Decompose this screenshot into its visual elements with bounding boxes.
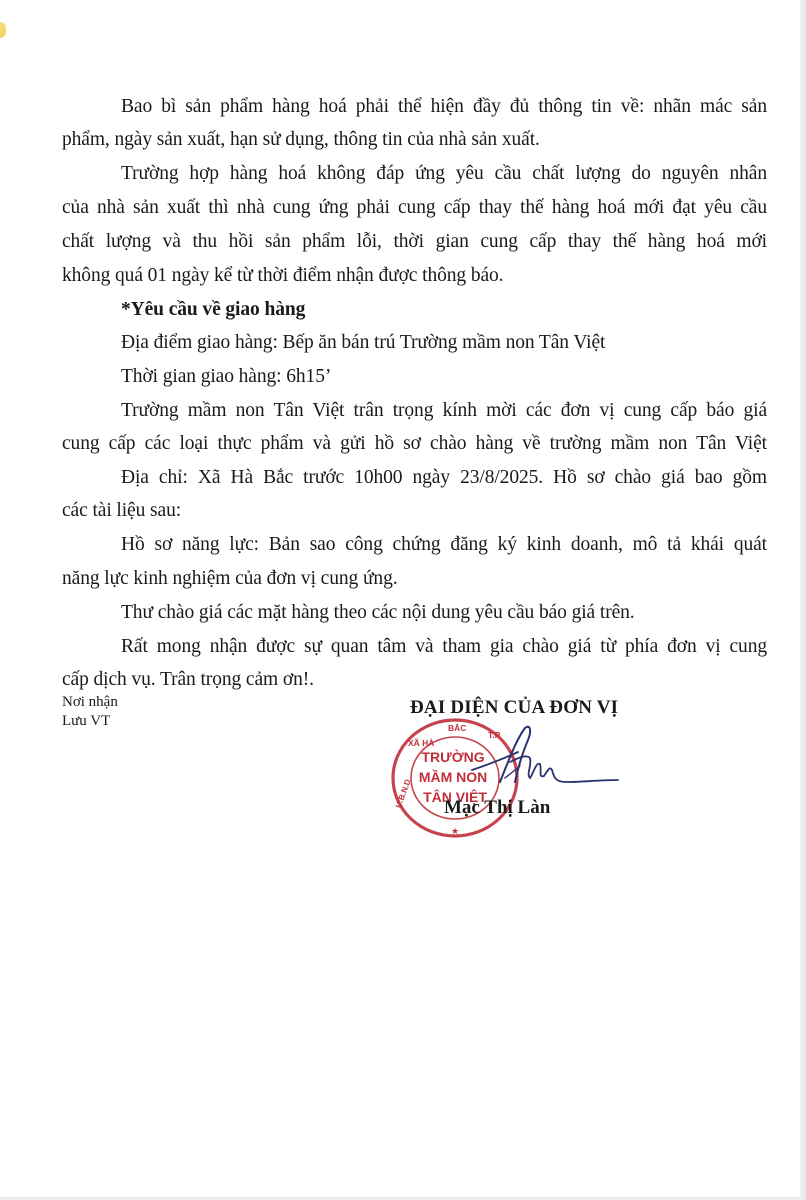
paragraph-packaging-line-2: phẩm, ngày sản xuất, hạn sử dụng, thông … (62, 127, 540, 153)
recipient-item: Lưu VT (62, 712, 118, 731)
paragraph-quality-line-4: không quá 01 ngày kể từ thời điểm nhận đ… (62, 263, 503, 289)
paragraph-capability-line-2: năng lực kinh nghiệm của đơn vị cung ứng… (62, 566, 398, 592)
paragraph-quality-line-3: chất lượng và thu hồi sản phẩm lỗi, thời… (62, 229, 767, 255)
paragraph-packaging-line-1: Bao bì sản phẩm hàng hoá phải thể hiện đ… (121, 94, 767, 120)
stamp-ring-left: XÃ HÀ (408, 738, 434, 748)
stamp-ring-top: BẮC (448, 723, 466, 733)
paragraph-quality-line-1: Trường hợp hàng hoá không đáp ứng yêu cầ… (121, 161, 767, 187)
signer-name: Mạc Thị Làn (444, 797, 550, 819)
document-page: Bao bì sản phẩm hàng hoá phải thể hiện đ… (0, 0, 806, 1200)
paragraph-invitation-line-2: cung cấp các loại thực phẩm và gửi hồ sơ… (62, 431, 767, 457)
paragraph-closing-line-1: Rất mong nhận được sự quan tâm và tham g… (121, 634, 767, 660)
handwritten-signature (470, 722, 620, 802)
representative-title: ĐẠI DIỆN CỦA ĐƠN VỊ (410, 697, 618, 719)
delivery-heading: *Yêu cầu về giao hàng (121, 297, 305, 323)
paragraph-quote-letter: Thư chào giá các mặt hàng theo các nội d… (121, 600, 635, 626)
paragraph-address-line-1: Địa chỉ: Xã Hà Bắc trước 10h00 ngày 23/8… (121, 465, 767, 491)
paragraph-capability-line-1: Hồ sơ năng lực: Bản sao công chứng đăng … (121, 532, 767, 558)
recipients-label: Nơi nhận (62, 693, 118, 712)
recipients-block: Nơi nhận Lưu VT (62, 693, 118, 731)
stamp-star-icon: ★ (451, 827, 459, 837)
delivery-location: Địa điểm giao hàng: Bếp ăn bán trú Trườn… (121, 330, 605, 356)
paragraph-quality-line-2: của nhà sản xuất thì nhà cung ứng phải c… (62, 195, 767, 221)
paragraph-address-line-2: các tài liệu sau: (62, 498, 181, 524)
delivery-time: Thời gian giao hàng: 6h15’ (121, 364, 331, 390)
paragraph-invitation-line-1: Trường mầm non Tân Việt trân trọng kính … (121, 398, 767, 424)
paragraph-closing-line-2: cấp dịch vụ. Trân trọng cảm ơn!. (62, 667, 314, 693)
